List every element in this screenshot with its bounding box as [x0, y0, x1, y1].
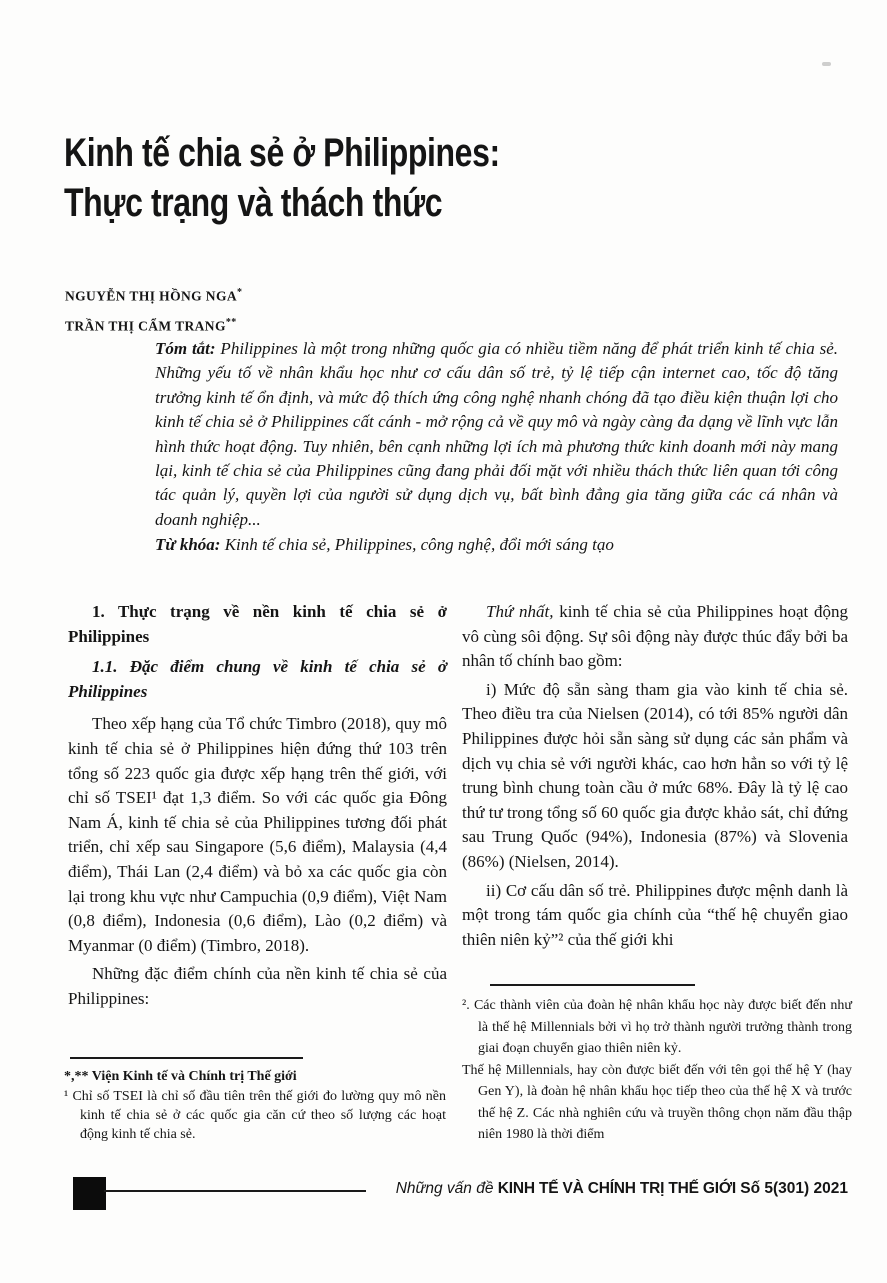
keywords-label: Từ khóa: [155, 535, 220, 554]
author-1-affil-mark: * [237, 287, 242, 298]
author-1-name: NGUYỄN THỊ HỒNG NGA [65, 289, 237, 304]
abstract: Tóm tắt: Philippines là một trong những … [155, 337, 838, 532]
journal-footer-prefix: Những vấn đề [396, 1180, 498, 1197]
section-1-1-heading-line2: Philippines [68, 682, 147, 701]
right-paragraph-3: ii) Cơ cấu dân số trẻ. Philippines được … [462, 879, 848, 953]
footer-rule [104, 1190, 366, 1192]
keywords: Từ khóa: Kinh tế chia sẻ, Philippines, c… [155, 535, 838, 555]
author-block: NGUYỄN THỊ HỒNG NGA* TRẦN THỊ CẨM TRANG*… [65, 280, 242, 339]
footnotes-left: *,** Viện Kinh tế và Chính trị Thế giới … [64, 1067, 446, 1144]
section-1-heading: 1. Thực trạng về nền kinh tế chia sẻ ở P… [68, 600, 447, 649]
journal-footer: Những vấn đề KINH TẾ VÀ CHÍNH TRỊ THẾ GI… [396, 1180, 848, 1198]
author-2-name: TRẦN THỊ CẨM TRANG [65, 318, 226, 333]
right-paragraph-1-lead: Thứ nhất, [486, 602, 553, 621]
section-1-heading-line1: 1. Thực trạng về nền kinh tế chia sẻ ở [68, 600, 447, 625]
right-paragraph-2: i) Mức độ sẵn sàng tham gia vào kinh tế … [462, 678, 848, 875]
author-2-affil-mark: ** [226, 317, 237, 328]
article-title-line1: Kinh tế chia sẻ ở Philippines: [64, 128, 500, 178]
footnote-1: ¹ Chỉ số TSEI là chỉ số đầu tiên trên th… [64, 1087, 446, 1144]
section-1-1-heading-line1: 1.1. Đặc điểm chung về kinh tế chia sẻ ở [68, 655, 447, 680]
article-title-line2: Thực trạng và thách thức [64, 178, 500, 228]
section-1-heading-line2: Philippines [68, 627, 149, 646]
keywords-text: Kinh tế chia sẻ, Philippines, công nghệ,… [220, 535, 613, 554]
right-paragraph-1: Thứ nhất, kinh tế chia sẻ của Philippine… [462, 600, 848, 674]
section-1-1-heading: 1.1. Đặc điểm chung về kinh tế chia sẻ ở… [68, 655, 447, 704]
footer-black-square [73, 1177, 106, 1210]
journal-article-page: Kinh tế chia sẻ ở Philippines: Thực trạn… [0, 0, 887, 1283]
journal-issue: Số 5(301) 2021 [736, 1180, 848, 1197]
left-paragraph-2: Những đặc điểm chính của nền kinh tế chi… [68, 962, 447, 1011]
footnote-2a: ². Các thành viên của đoàn hệ nhân khẩu … [462, 995, 852, 1060]
affiliation-note: *,** Viện Kinh tế và Chính trị Thế giới [64, 1067, 446, 1086]
author-1: NGUYỄN THỊ HỒNG NGA* [65, 280, 242, 310]
footnote-separator-right [490, 984, 695, 986]
article-title: Kinh tế chia sẻ ở Philippines: Thực trạn… [64, 128, 609, 228]
abstract-text: Philippines là một trong những quốc gia … [155, 339, 838, 529]
right-column: Thứ nhất, kinh tế chia sẻ của Philippine… [462, 600, 848, 956]
left-column: 1. Thực trạng về nền kinh tế chia sẻ ở P… [68, 600, 447, 1016]
left-paragraph-1: Theo xếp hạng của Tổ chức Timbro (2018),… [68, 712, 447, 958]
journal-name: KINH TẾ VÀ CHÍNH TRỊ THẾ GIỚI [498, 1180, 736, 1197]
scan-artifact [822, 62, 831, 66]
author-2: TRẦN THỊ CẨM TRANG** [65, 310, 242, 340]
footnote-2b: Thế hệ Millennials, hay còn được biết đế… [462, 1060, 852, 1146]
footnote-separator-left [70, 1057, 303, 1059]
footnotes-right: ². Các thành viên của đoàn hệ nhân khẩu … [462, 995, 852, 1146]
abstract-label: Tóm tắt: [155, 339, 216, 358]
